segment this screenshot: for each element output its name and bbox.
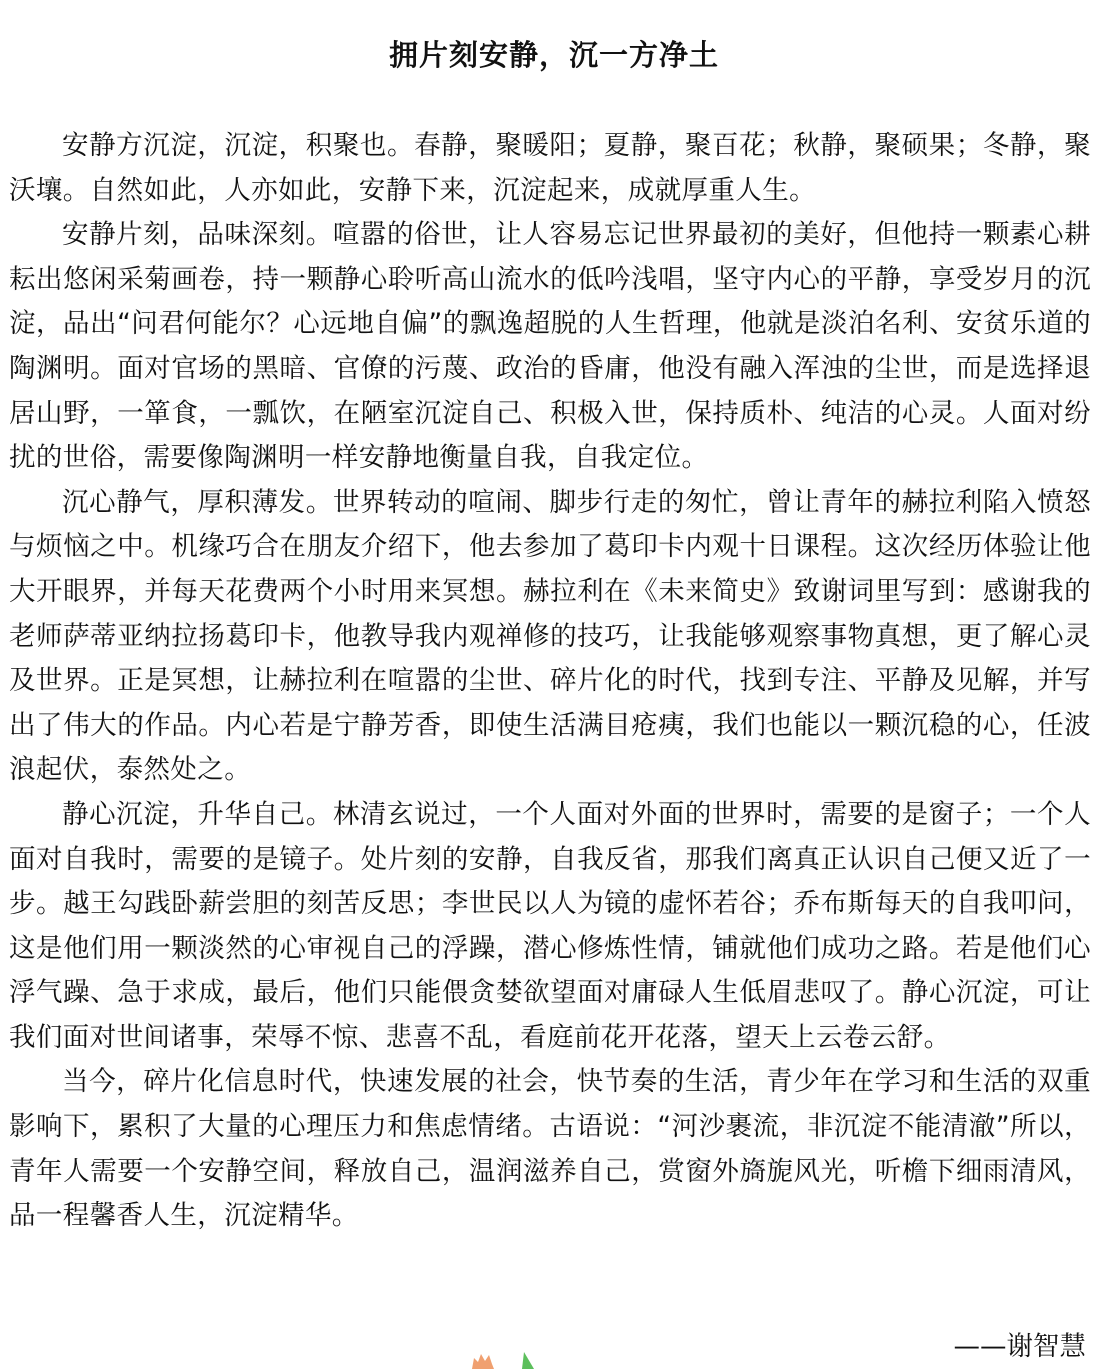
paragraph-2: 安静片刻，品味深刻。喧嚣的俗世，让人容易忘记世界最初的美好，但他持一颗素心耕耘出… [9, 213, 1091, 481]
flower-decoration-icon [468, 1346, 548, 1369]
paragraph-3: 沉心静气，厚积薄发。世界转动的喧闹、脚步行走的匆忙，曾让青年的赫拉利陷入愤怒与烦… [9, 481, 1091, 793]
flower-petal-icon [472, 1354, 494, 1369]
essay-title: 拥片刻安静，沉一方净土 [0, 34, 1108, 76]
paragraph-5: 当今，碎片化信息时代，快速发展的社会，快节奏的生活，青少年在学习和生活的双重影响… [9, 1060, 1091, 1238]
paragraph-4: 静心沉淀，升华自己。林清玄说过，一个人面对外面的世界时，需要的是窗子；一个人面对… [9, 793, 1091, 1061]
paragraph-1: 安静方沉淀，沉淀，积聚也。春静，聚暖阳；夏静，聚百花；秋静，聚硕果；冬静，聚沃壤… [9, 124, 1091, 213]
leaf-icon [522, 1352, 534, 1369]
essay-body: 安静方沉淀，沉淀，积聚也。春静，聚暖阳；夏静，聚百花；秋静，聚硕果；冬静，聚沃壤… [9, 124, 1091, 1239]
author-signature: ——谢智慧 [954, 1327, 1087, 1367]
